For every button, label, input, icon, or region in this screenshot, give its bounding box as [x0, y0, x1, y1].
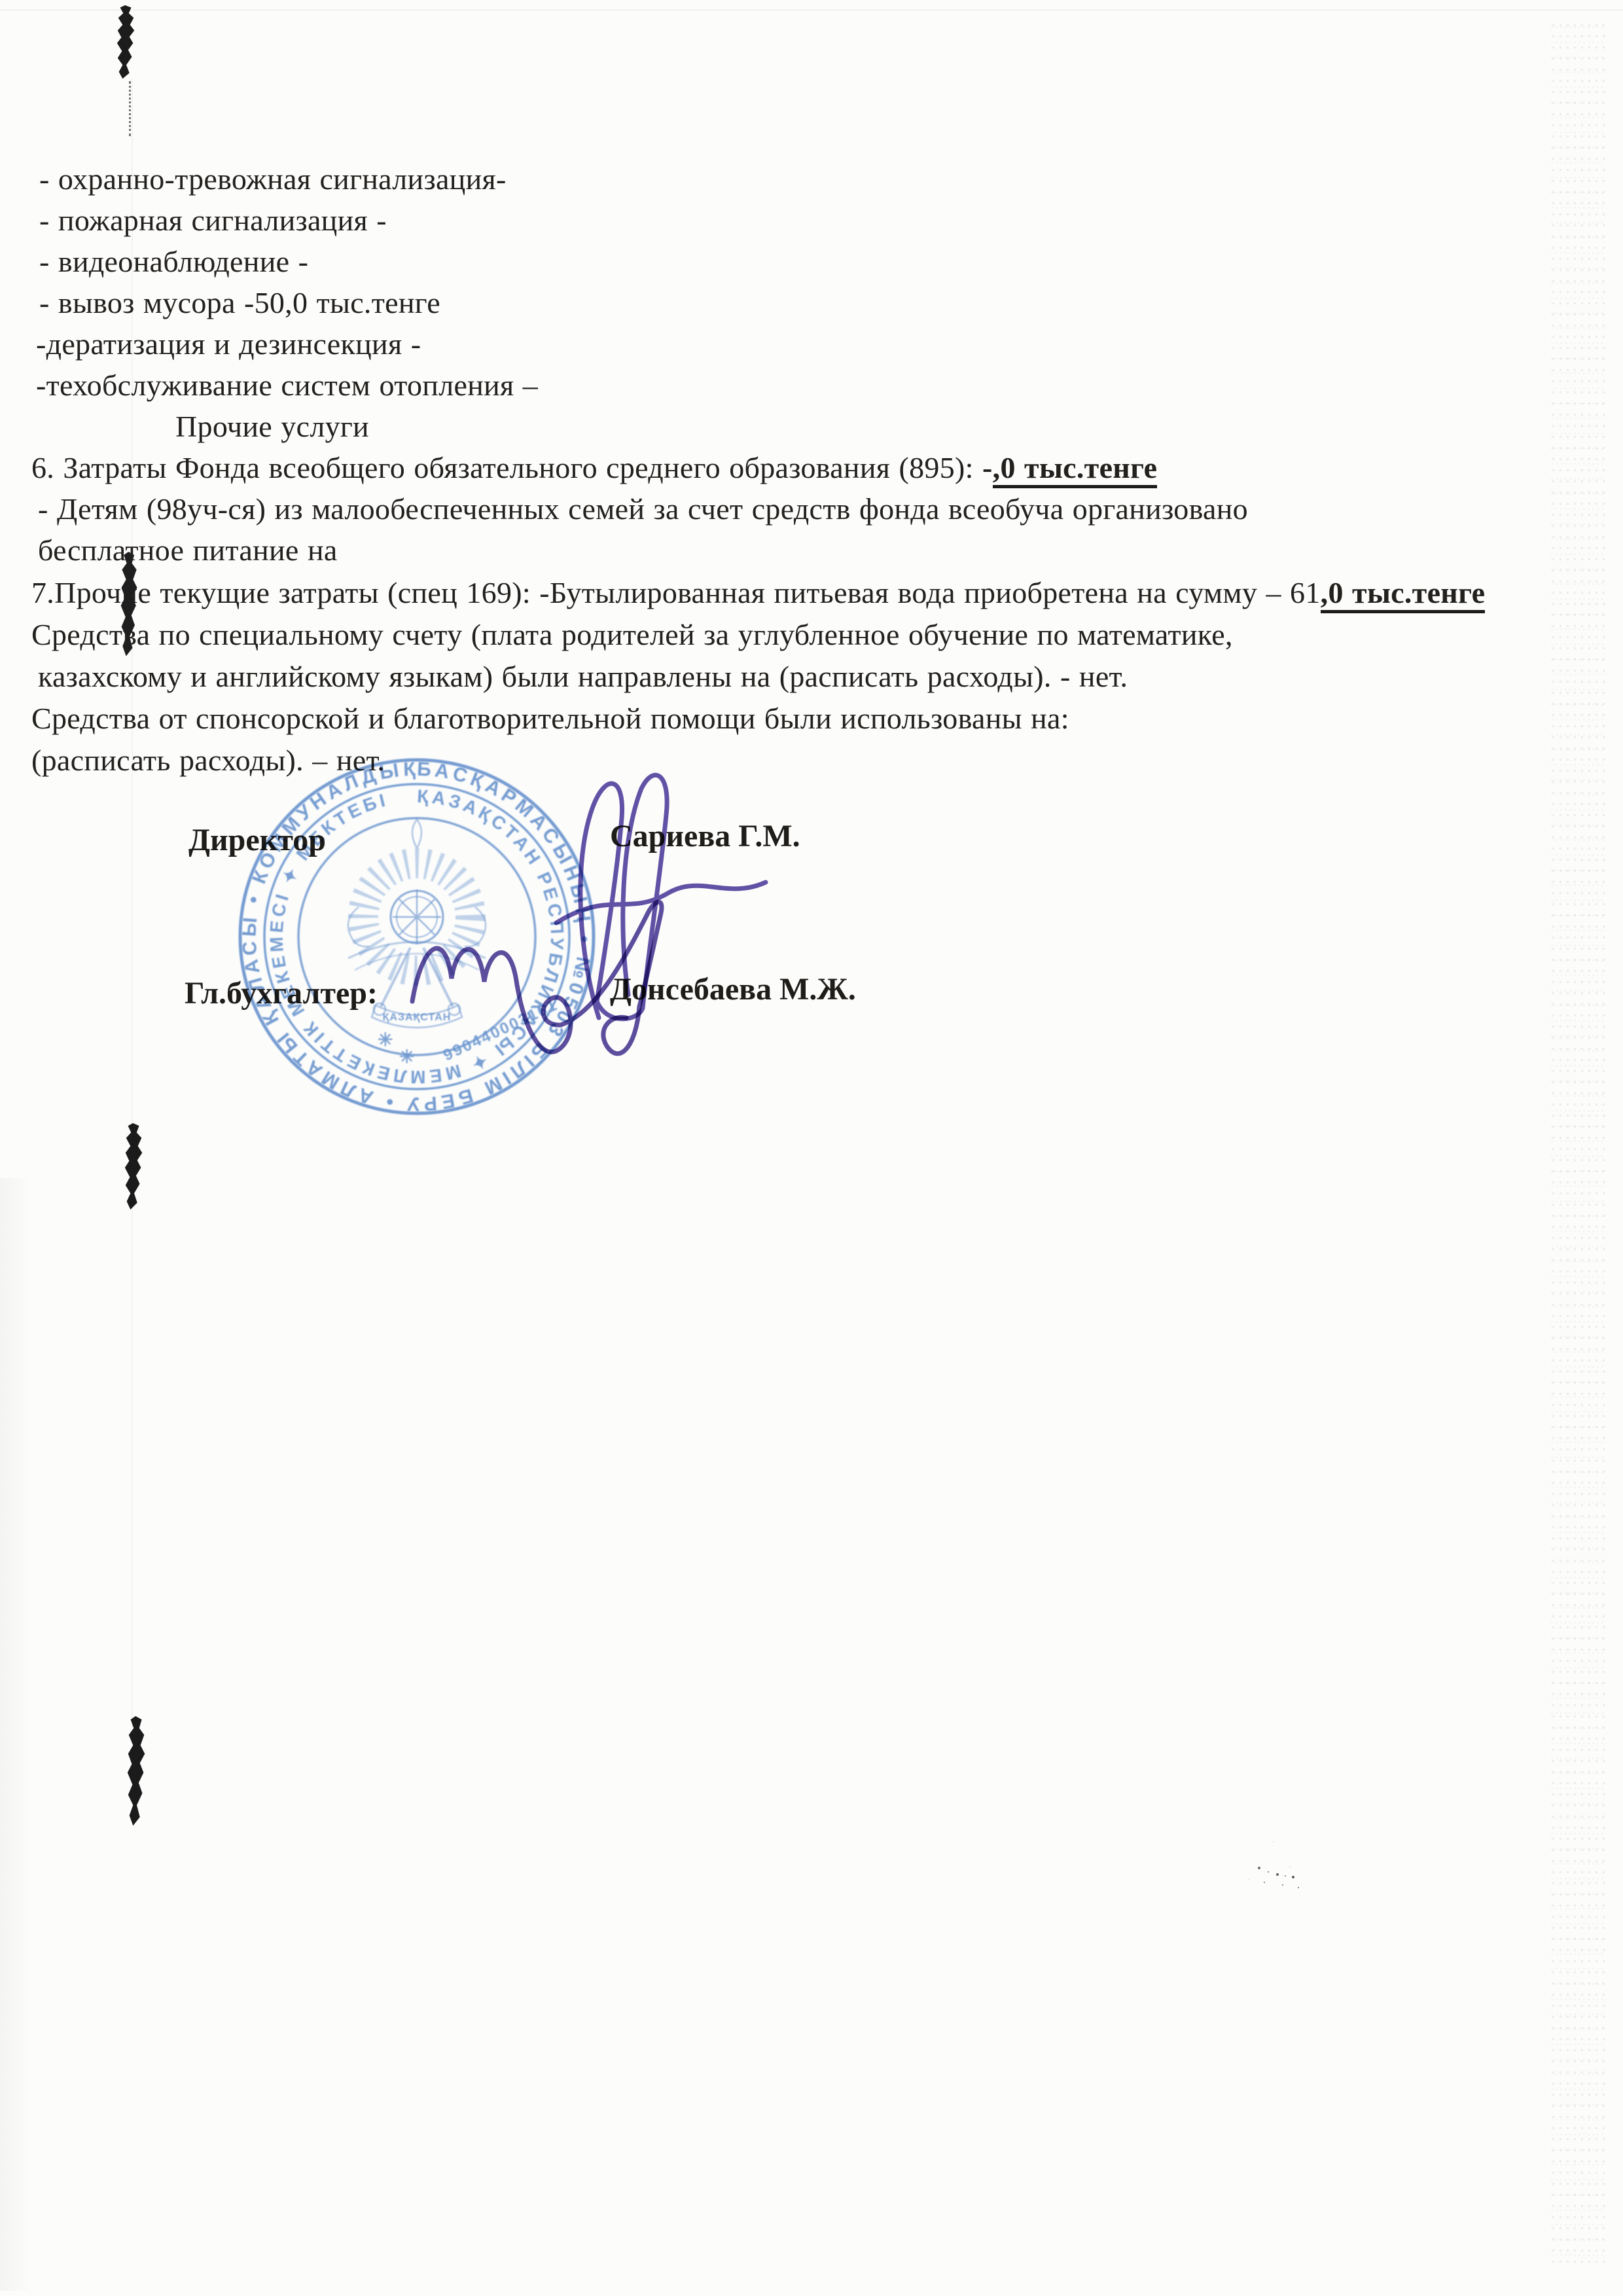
accountant-signature — [389, 851, 743, 1073]
doc-line: Средства от спонсорской и благотворитель… — [31, 700, 1069, 736]
emphasis-underline: ,0 тыс.тенге — [1321, 576, 1486, 613]
doc-line: 6. Затраты Фонда всеобщего обязательного… — [31, 450, 1157, 486]
doc-line: - видеонаблюдение - — [39, 243, 308, 279]
line-text: - вывоз мусора -50,0 тыс.тенге — [39, 286, 440, 319]
scan-top-edge — [0, 9, 1623, 11]
line-text: - пожарная сигнализация - — [39, 204, 387, 237]
doc-line: -дератизация и дезинсекция - — [36, 326, 421, 362]
doc-line: Средства по специальному счету (плата ро… — [31, 617, 1233, 653]
line-text: 7.Прочие текущие затраты (спец 169): -Бу… — [31, 576, 1321, 609]
doc-line: - пожарная сигнализация - — [39, 202, 387, 238]
doc-line: - Детям (98уч-ся) из малообеспеченных се… — [38, 491, 1248, 527]
ink-smudge-top — [115, 5, 137, 80]
doc-line: 7.Прочие текущие затраты (спец 169): -Бу… — [31, 575, 1485, 611]
bold-dash: - — [982, 451, 993, 484]
emphasis-underline: ,0 тыс.тенге — [993, 451, 1158, 488]
doc-line: бесплатное питание на — [38, 532, 338, 568]
line-text: Прочие услуги — [175, 410, 369, 443]
line-text: 6. Затраты Фонда всеобщего обязательного… — [31, 451, 982, 484]
ink-spatter — [1258, 1867, 1260, 1869]
ink-drip — [129, 81, 132, 136]
scan-left-shade — [0, 1178, 31, 2291]
doc-line: Прочие услуги — [175, 408, 369, 444]
doc-line: -техобслуживание систем отопления – — [36, 367, 538, 403]
line-text: -техобслуживание систем отопления – — [36, 368, 538, 402]
line-text: Средства от спонсорской и благотворитель… — [31, 702, 1069, 735]
line-text: Средства по специальному счету (плата ро… — [31, 618, 1233, 651]
doc-line: казахскому и английскому языкам) были на… — [38, 658, 1128, 694]
line-text: - видеонаблюдение - — [39, 245, 308, 278]
ink-smudge-middle — [123, 1123, 145, 1211]
doc-line: - охранно-тревожная сигнализация- — [39, 161, 507, 197]
doc-line: - вывоз мусора -50,0 тыс.тенге — [39, 285, 440, 321]
scanned-document-page: - охранно-тревожная сигнализация- - пожа… — [0, 0, 1623, 2296]
line-text: - охранно-тревожная сигнализация- — [39, 162, 507, 196]
line-text: -дератизация и дезинсекция - — [36, 327, 421, 361]
scan-edge-noise — [1550, 20, 1606, 2265]
line-text: бесплатное питание на — [38, 533, 338, 567]
ink-streak-over-text — [119, 552, 140, 658]
ink-smudge-lower — [126, 1716, 148, 1827]
line-text: казахскому и английскому языкам) были на… — [38, 660, 1128, 693]
line-text: - Детям (98уч-ся) из малообеспеченных се… — [38, 492, 1248, 526]
